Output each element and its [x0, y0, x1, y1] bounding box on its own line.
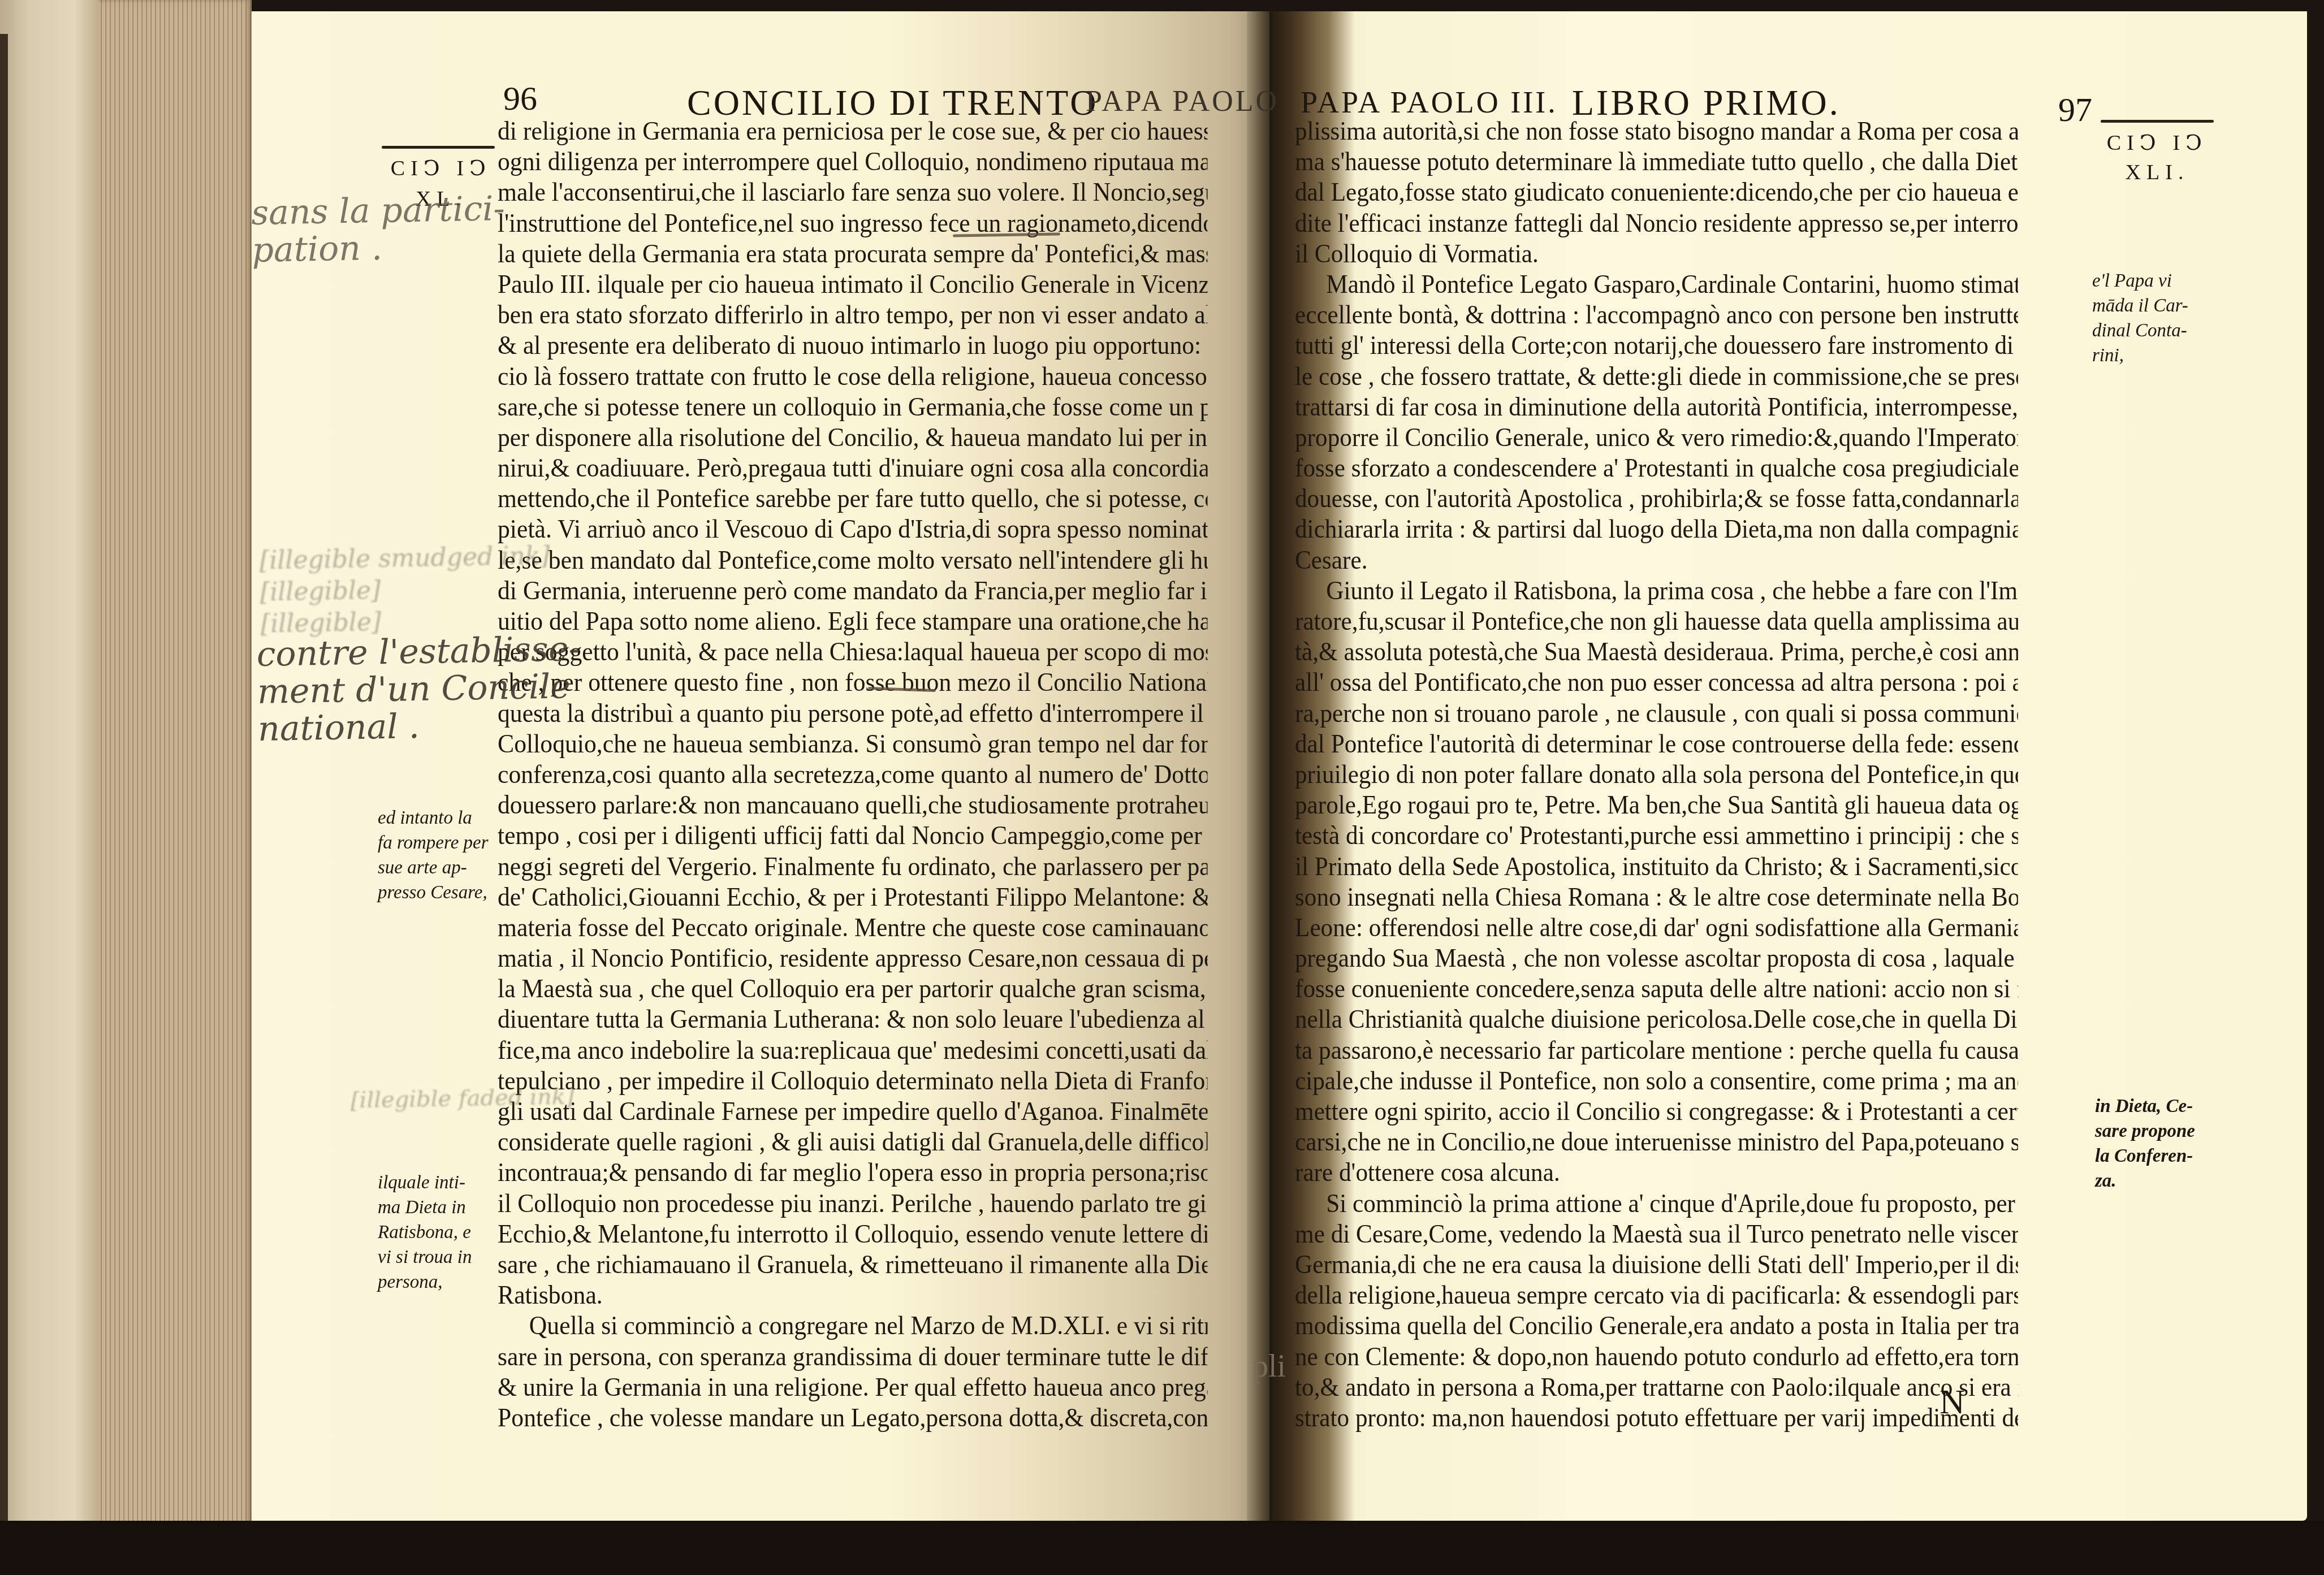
side-note-line: Ratisbona, e [378, 1220, 472, 1245]
catchword-left: pli [1252, 1348, 1286, 1384]
text-line: Mandò il Pontefice Legato Gasparo,Cardin… [1295, 269, 2018, 300]
text-line: sare in persona, con speranza grandissim… [498, 1342, 1208, 1372]
side-note-line: fa rompere per [378, 830, 489, 855]
side-note-line: persona, [378, 1270, 472, 1295]
text-line: materia fosse del Peccato originale. Men… [498, 912, 1208, 943]
side-note-right-1: e'l Papa vi māda il Car- dinal Conta- ri… [2092, 269, 2188, 368]
text-line: gli usati dal Cardinale Farnese per impe… [498, 1096, 1208, 1127]
text-line: matia , il Noncio Pontificio, residente … [498, 943, 1208, 973]
text-line: mettendo,che il Pontefice sarebbe per fa… [498, 483, 1208, 514]
text-line: Paulo III. ilquale per cio haueua intima… [498, 269, 1208, 300]
cover-edge [0, 34, 8, 1526]
text-line: Germania,di che ne era causa la diuision… [1295, 1249, 2018, 1280]
text-line: parole,Ego rogaui pro te, Petre. Ma ben,… [1295, 790, 2018, 820]
text-line: Si comminciò la prima attione a' cinque … [1295, 1188, 2018, 1219]
handwritten-note-1: sans la partici- pation . [251, 190, 506, 269]
text-line: dal Pontefice l'autorità di determinar l… [1295, 729, 2018, 759]
text-line: questa la distribuì a quanto piu persone… [498, 698, 1208, 729]
folio-right: 97 [2058, 90, 2092, 129]
text-line: ma s'hauesse potuto determinare là immed… [1295, 146, 2018, 177]
text-line: considerate quelle ragioni , & gli auisi… [498, 1127, 1208, 1157]
text-line: ratore,fu,scusar il Pontefice,che non gl… [1295, 606, 2018, 637]
page-stack-edge [99, 0, 252, 1526]
text-line: dal Legato,fosse stato giudicato conueni… [1295, 177, 2018, 207]
text-line: fosse conueniente concedere,senza saputa… [1295, 973, 2018, 1004]
text-line: proporre il Concilio Generale, unico & v… [1295, 422, 2018, 453]
side-note-line: dinal Conta- [2092, 318, 2188, 343]
running-head-right-pope: PAPA PAOLO III. [1301, 85, 1558, 120]
text-line: Quella si comminciò a congregare nel Mar… [498, 1310, 1208, 1341]
text-line: pietà. Vi arriuò anco il Vescouo di Capo… [498, 514, 1208, 544]
handwritten-note-line: pation . [252, 227, 506, 269]
text-line: conferenza,cosi quanto alla secretezza,c… [498, 759, 1208, 790]
text-line: nirui,& coadiuuare. Però,pregaua tutti d… [498, 453, 1208, 483]
text-line: to,& andato in persona a Roma,per tratta… [1295, 1372, 2018, 1403]
side-note-left-2: ilquale inti- ma Dieta in Ratisbona, e v… [378, 1170, 472, 1295]
handwritten-note-smudged: [illegible smudged ink] [illegible] [ill… [260, 540, 551, 641]
background [0, 1521, 2324, 1575]
text-line: cipale,che indusse il Pontefice, non sol… [1295, 1066, 2018, 1096]
text-line: neggi segreti del Vergerio. Finalmente f… [498, 851, 1208, 882]
side-note-left-1: ed intanto la fa rompere per sue arte ap… [378, 806, 489, 905]
side-note-line: ilquale inti- [378, 1170, 472, 1195]
text-line: incontraua;& pensando di far meglio l'op… [498, 1157, 1208, 1188]
text-line: de' Catholici,Giouanni Ecchio, & per i P… [498, 882, 1208, 912]
text-line: uitio del Papa sotto nome alieno. Egli f… [498, 606, 1208, 637]
side-note-line: e'l Papa vi [2092, 269, 2188, 293]
handwritten-note-line: ment d'un Concile [257, 668, 581, 711]
text-line: ta passarono,è necessario far particolar… [1295, 1035, 2018, 1066]
margin-rule-left [382, 146, 495, 149]
text-line: tutti gl' interessi della Corte;con nota… [1295, 330, 2018, 361]
text-line: plissima autorità,si che non fosse stato… [1295, 116, 2018, 146]
text-line: testà di concordare co' Protestanti,purc… [1295, 820, 2018, 851]
text-line: la quiete della Germania era stata procu… [498, 239, 1208, 269]
side-note-line: māda il Car- [2092, 293, 2188, 318]
text-line: Ratisbona. [498, 1280, 1208, 1310]
text-line: ne con Clemente: & dopo,non hauendo potu… [1295, 1342, 2018, 1372]
side-note-line: rini, [2092, 343, 2188, 368]
signature-mark: N [1939, 1382, 1965, 1422]
text-line: trattarsi di far cosa in diminutione del… [1295, 392, 2018, 422]
folio-left: 96 [503, 79, 537, 118]
text-line: fosse sforzato a condescendere a' Protes… [1295, 453, 2018, 483]
handwritten-note-line: national . [258, 705, 582, 748]
text-line: di religione in Germania era perniciosa … [498, 116, 1208, 146]
text-line: le,se ben mandato dal Pontefice,come mol… [498, 545, 1208, 576]
text-line: me di Cesare,Come, vedendo la Maestà sua… [1295, 1219, 2018, 1249]
text-line: sare , che richiamauano il Granuela, & r… [498, 1249, 1208, 1280]
side-note-line: za. [2095, 1169, 2195, 1193]
text-line: douessero parlare:& non mancauano quelli… [498, 790, 1208, 820]
text-line: il Colloquio di Vormatia. [1295, 239, 2018, 269]
text-line: pregando Sua Maestà , che non volesse as… [1295, 943, 2018, 973]
book-cover [0, 0, 100, 1526]
side-note-line: ed intanto la [378, 806, 489, 830]
text-line: sono insegnati nella Chiesa Romana : & l… [1295, 882, 2018, 912]
text-line: Ecchio,& Melantone,fu interrotto il Coll… [498, 1219, 1208, 1249]
text-line: il Primato della Sede Apostolica, instit… [1295, 851, 2018, 882]
side-note-right-2: in Dieta, Ce- sare propone la Conferen- … [2095, 1094, 2195, 1193]
text-line: Giunto il Legato il Ratisbona, la prima … [1295, 576, 2018, 606]
handwritten-note-faded: [illegible faded ink] [350, 1078, 574, 1119]
text-line: fice,ma anco indebolire la sua:replicaua… [498, 1035, 1208, 1066]
handwritten-note-line: sans la partici- [251, 190, 505, 232]
side-note-line: presso Cesare, [378, 880, 489, 905]
left-page-body: di religione in Germania era perniciosa … [498, 116, 1208, 1433]
text-line: ogni diligenza per interrompere quel Col… [498, 146, 1208, 177]
text-line: dite l'efficaci instanze fattegli dal No… [1295, 208, 2018, 239]
text-line: & unire la Germania in una religione. Pe… [498, 1372, 1208, 1403]
text-line: nella Christianità qualche diuisione per… [1295, 1004, 2018, 1035]
text-line: della religione,haueua sempre cercato vi… [1295, 1280, 2018, 1310]
text-line: Leone: offerendosi nelle altre cose,di d… [1295, 912, 2018, 943]
text-line: douesse, con l'autorità Apostolica , pro… [1295, 483, 2018, 514]
text-line: Colloquio,che ne haueua sembianza. Si co… [498, 729, 1208, 759]
text-line: ra,perche non si trouano parole , ne cla… [1295, 698, 2018, 729]
text-line: la Maestà sua , che quel Colloquio era p… [498, 973, 1208, 1004]
text-line: che , per ottenere questo fine , non fos… [498, 667, 1208, 698]
text-line: tepulciano , per impedire il Colloquio d… [498, 1066, 1208, 1096]
text-line: l'instruttione del Pontefice,nel suo ing… [498, 208, 1208, 239]
text-line: cio là fossero trattate con frutto le co… [498, 361, 1208, 392]
text-line: il Colloquio non procedesse piu inanzi. … [498, 1188, 1208, 1219]
text-line: Cesare. [1295, 545, 2018, 576]
handwritten-note-line: [illegible] [260, 572, 551, 609]
text-line: male l'acconsentirui,che il lasciarlo fa… [498, 177, 1208, 207]
text-line: dichiararla irrita : & partirsi dal luog… [1295, 514, 2018, 544]
text-line: diuentare tutta la Germania Lutherana: &… [498, 1004, 1208, 1035]
year-margin-right-2: XLI. [2101, 160, 2214, 185]
text-line: priuilegio di non poter fallare donato a… [1295, 759, 2018, 790]
text-line: tempo , cosi per i diligenti ufficij fat… [498, 820, 1208, 851]
running-head-left-continued: PAPA PAOLO [1086, 85, 1279, 118]
side-note-line: la Conferen- [2095, 1144, 2195, 1169]
margin-rule-right [2101, 120, 2214, 123]
text-line: Pontefice , che volesse mandare un Legat… [498, 1403, 1208, 1433]
text-line: sare,che si potesse tenere un colloquio … [498, 392, 1208, 422]
text-line: per soggetto l'unità, & pace nella Chies… [498, 637, 1208, 667]
side-note-line: sue arte ap- [378, 855, 489, 880]
text-line: strato pronto: ma,non hauendosi potuto e… [1295, 1403, 2018, 1433]
right-page-body: plissima autorità,si che non fosse stato… [1295, 116, 2018, 1433]
text-line: le cose , che fossero trattate, & dette:… [1295, 361, 2018, 392]
text-line: di Germania, interuenne però come mandat… [498, 576, 1208, 606]
text-line: rare d'ottenere cosa alcuna. [1295, 1157, 2018, 1188]
text-line: carsi,che ne in Concilio,ne doue interue… [1295, 1127, 2018, 1157]
text-line: eccellente bontà, & dottrina : l'accompa… [1295, 300, 2018, 330]
side-note-line: in Dieta, Ce- [2095, 1094, 2195, 1119]
text-line: per disponere alla risolutione del Conci… [498, 422, 1208, 453]
handwritten-note-line: [illegible faded ink] [350, 1078, 574, 1119]
text-line: ben era stato sforzato differirlo in alt… [498, 300, 1208, 330]
text-line: & al presente era deliberato di nuouo in… [498, 330, 1208, 361]
year-margin-left-1: CIↃ IↃ [385, 155, 498, 181]
year-margin-right-1: CIↃ IↃ [2101, 130, 2214, 155]
handwritten-note-2: contre l'establisse- ment d'un Concile n… [256, 630, 581, 748]
side-note-line: sare propone [2095, 1119, 2195, 1144]
handwritten-note-line: [illegible smudged ink] [260, 540, 550, 577]
text-line: tà,& assoluta potestà,che Sua Maestà des… [1295, 637, 2018, 667]
side-note-line: vi si troua in [378, 1245, 472, 1270]
text-line: modissima quella del Concilio Generale,e… [1295, 1310, 2018, 1341]
text-line: mettere ogni spirito, accio il Concilio … [1295, 1096, 2018, 1127]
text-line: all' ossa del Pontificato,che non puo es… [1295, 667, 2018, 698]
side-note-line: ma Dieta in [378, 1195, 472, 1220]
